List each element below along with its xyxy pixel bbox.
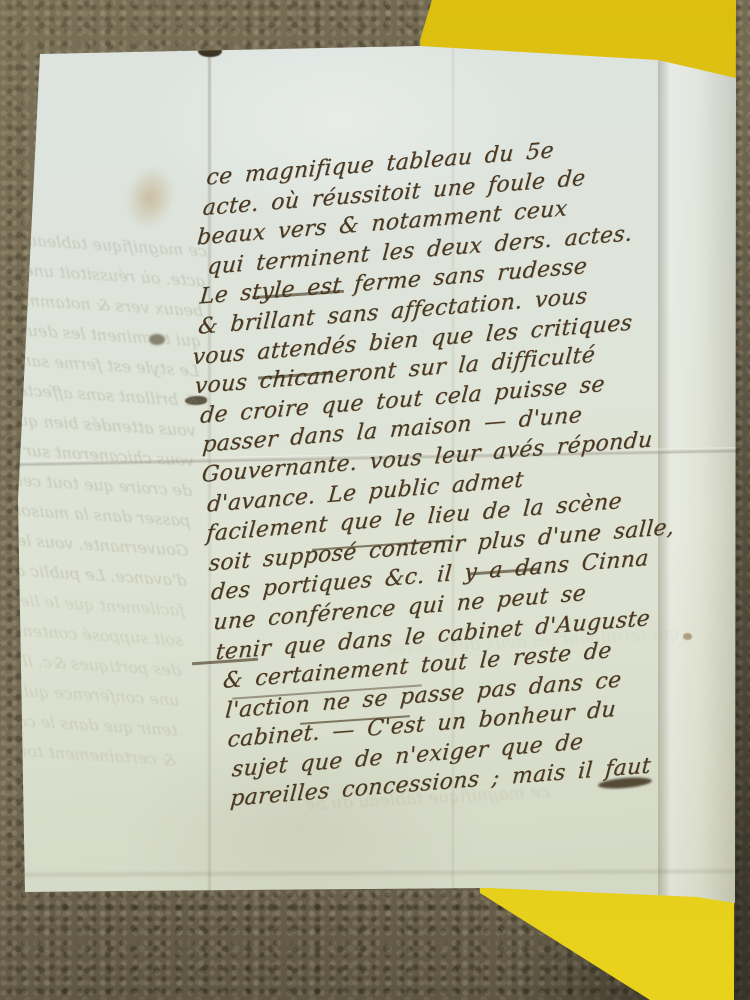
letter-body-text: ce magnifique tableau du 5e acte. où réu… — [175, 124, 750, 815]
bleedthrough-line: & certainement tout le reste de — [0, 735, 177, 776]
bleedthrough-line: beaux vers & notamment ceux — [24, 286, 204, 327]
bleedthrough-line: vous attendés bien que les critiques — [17, 406, 197, 447]
bleedthrough-line: Le style est ferme sans rudesse — [21, 346, 201, 387]
bleedthrough-line: une conférence qui ne peut se — [0, 675, 180, 716]
bleedthrough-line: soit supposé contenir plus d'une salle, — [4, 615, 184, 656]
bleedthrough-line: acte. où réussitoit une foule de — [26, 256, 206, 297]
bleedthrough-line: & brillant sans affectation. vous — [19, 376, 199, 417]
bleedthrough-line: d'avance. Le public admet — [8, 555, 188, 596]
bleedthrough-line: facilement que le lieu de la scène — [6, 585, 186, 626]
bleedthrough-line: de croire que tout cela puisse se — [13, 465, 193, 506]
letter-paper: ce magnifique tableau du 5e acte. où réu… — [0, 0, 750, 1000]
bleedthrough-line: Gouvernante. vous leur avés répondu — [10, 525, 190, 566]
bleedthrough-line: passer dans la maison — d'une — [11, 495, 191, 536]
ink-speck — [149, 334, 165, 345]
bleedthrough-line: vous chicaneront sur la difficulté — [15, 435, 195, 476]
bleedthrough-line: qui terminent les deux ders. actes. — [22, 316, 202, 357]
foxing-stain — [119, 161, 181, 235]
bleedthrough-column: ce magnifique tableau du 5e acte. où réu… — [0, 226, 208, 776]
bottom-fold-crease — [22, 869, 734, 877]
photo-frame: ce magnifique tableau du 5e acte. où réu… — [0, 0, 750, 1000]
bleedthrough-line: tenir que dans le cabinet d'Auguste — [0, 705, 179, 746]
bleedthrough-line: des portiques &c. il y a dans Cinna — [2, 645, 182, 686]
